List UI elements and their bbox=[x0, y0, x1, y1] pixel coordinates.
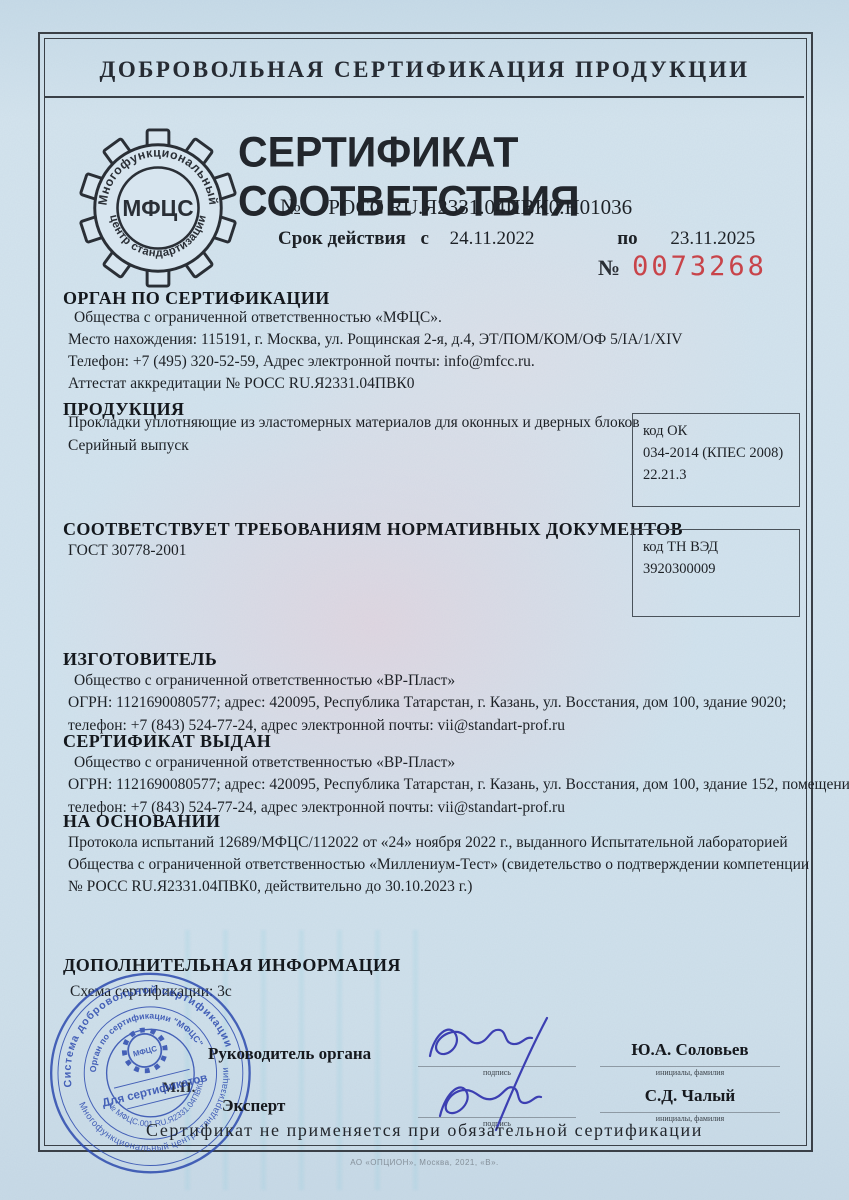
head-name-caption: инициалы, фамилия bbox=[600, 1068, 780, 1077]
manufacturer-line: Общество с ограниченной ответственностью… bbox=[74, 672, 455, 690]
serial-row: № 0073268 bbox=[598, 251, 767, 282]
conformity-line: ГОСТ 30778-2001 bbox=[68, 542, 187, 560]
product-line: Прокладки уплотняющие из эластомерных ма… bbox=[68, 414, 640, 432]
stamp-ring-bottom: Многофункциональный центр стандартизации bbox=[77, 1065, 247, 1170]
code-ok-label: код ОК bbox=[643, 421, 789, 443]
print-note: АО «ОПЦИОН», Москва, 2021, «В». bbox=[0, 1158, 849, 1167]
section-issued-heading: СЕРТИФИКАТ ВЫДАН bbox=[63, 731, 271, 752]
body-line: Аттестат аккредитации № РОСС RU.Я2331.04… bbox=[68, 375, 415, 393]
body-line: Место нахождения: 115191, г. Москва, ул.… bbox=[68, 331, 682, 349]
expert-name-line bbox=[600, 1112, 780, 1113]
product-line: Серийный выпуск bbox=[68, 437, 189, 455]
gear-icon: Многофункциональный центр стандартизации… bbox=[80, 130, 235, 286]
banner: ДОБРОВОЛЬНАЯ СЕРТИФИКАЦИЯ ПРОДУКЦИИ bbox=[45, 44, 804, 98]
basis-line: № РОСС RU.Я2331.04ПВК0, действительно до… bbox=[68, 878, 472, 896]
code-ok-value: 034-2014 (КПЕС 2008) bbox=[643, 443, 789, 465]
from-date: 24.11.2022 bbox=[450, 228, 535, 249]
manufacturer-line: ОГРН: 1121690080577; адрес: 420095, Респ… bbox=[68, 694, 786, 712]
mfcs-logo: Многофункциональный центр стандартизации… bbox=[74, 124, 242, 297]
section-body-heading: ОРГАН ПО СЕРТИФИКАЦИИ bbox=[63, 288, 330, 309]
issued-line: ОГРН: 1121690080577; адрес: 420095, Респ… bbox=[68, 776, 849, 794]
footer-note: Сертификат не применяется при обязательн… bbox=[0, 1120, 849, 1141]
expert-name: С.Д. Чалый bbox=[600, 1086, 780, 1106]
certificate-page: ДОБРОВОЛЬНАЯ СЕРТИФИКАЦИЯ ПРОДУКЦИИ bbox=[0, 0, 849, 1200]
code-tnved-value: 3920300009 bbox=[643, 559, 789, 581]
head-name-line bbox=[600, 1066, 780, 1067]
stamp-ring-top: Система добровольной сертификации bbox=[43, 965, 235, 1089]
to-label: по bbox=[617, 228, 637, 249]
number-label: № bbox=[280, 194, 301, 219]
certificate-number-row: № РОСС RU.Я2331.04ПВК0.Н01036 bbox=[280, 194, 632, 220]
code-box-tnved: код ТН ВЭД 3920300009 bbox=[632, 529, 800, 617]
banner-text: ДОБРОВОЛЬНАЯ СЕРТИФИКАЦИЯ ПРОДУКЦИИ bbox=[100, 57, 750, 83]
expert-role: Эксперт bbox=[222, 1096, 285, 1116]
section-basis-heading: НА ОСНОВАНИИ bbox=[63, 811, 220, 832]
basis-line: Общества с ограниченной ответственностью… bbox=[68, 856, 809, 874]
validity-row: Срок действия с 24.11.2022 по 23.11.2025 bbox=[278, 228, 758, 250]
section-manufacturer-heading: ИЗГОТОВИТЕЛЬ bbox=[63, 649, 217, 670]
head-role: Руководитель органа bbox=[208, 1044, 371, 1064]
head-name: Ю.А. Соловьев bbox=[600, 1040, 780, 1060]
issued-line: Общество с ограниченной ответственностью… bbox=[74, 754, 455, 772]
body-line: Телефон: +7 (495) 320-52-59, Адрес элект… bbox=[68, 353, 535, 371]
section-conformity-heading: СООТВЕТСТВУЕТ ТРЕБОВАНИЯМ НОРМАТИВНЫХ ДО… bbox=[63, 519, 683, 540]
body-line: Общества с ограниченной ответственностью… bbox=[74, 309, 442, 327]
serial-number: 0073268 bbox=[632, 251, 767, 282]
svg-text:Система добровольной сертифика: Система добровольной сертификации bbox=[43, 965, 235, 1089]
code-ok-value: 22.21.3 bbox=[643, 465, 789, 487]
code-box-ok: код ОК 034-2014 (КПЕС 2008) 22.21.3 bbox=[632, 413, 800, 507]
basis-line: Протокола испытаний 12689/МФЦС/112022 от… bbox=[68, 834, 788, 852]
validity-label: Срок действия bbox=[278, 228, 406, 249]
logo-abbr: МФЦС bbox=[122, 195, 193, 221]
stamp-center-abbr: МФЦС bbox=[132, 1044, 158, 1059]
to-date: 23.11.2025 bbox=[670, 228, 755, 249]
svg-text:Многофункциональный центр стан: Многофункциональный центр стандартизации bbox=[77, 1065, 247, 1170]
from-label: с bbox=[420, 228, 428, 249]
serial-label: № bbox=[598, 255, 620, 280]
code-tnved-label: код ТН ВЭД bbox=[643, 537, 789, 559]
certificate-number: РОСС RU.Я2331.04ПВК0.Н01036 bbox=[328, 195, 632, 219]
